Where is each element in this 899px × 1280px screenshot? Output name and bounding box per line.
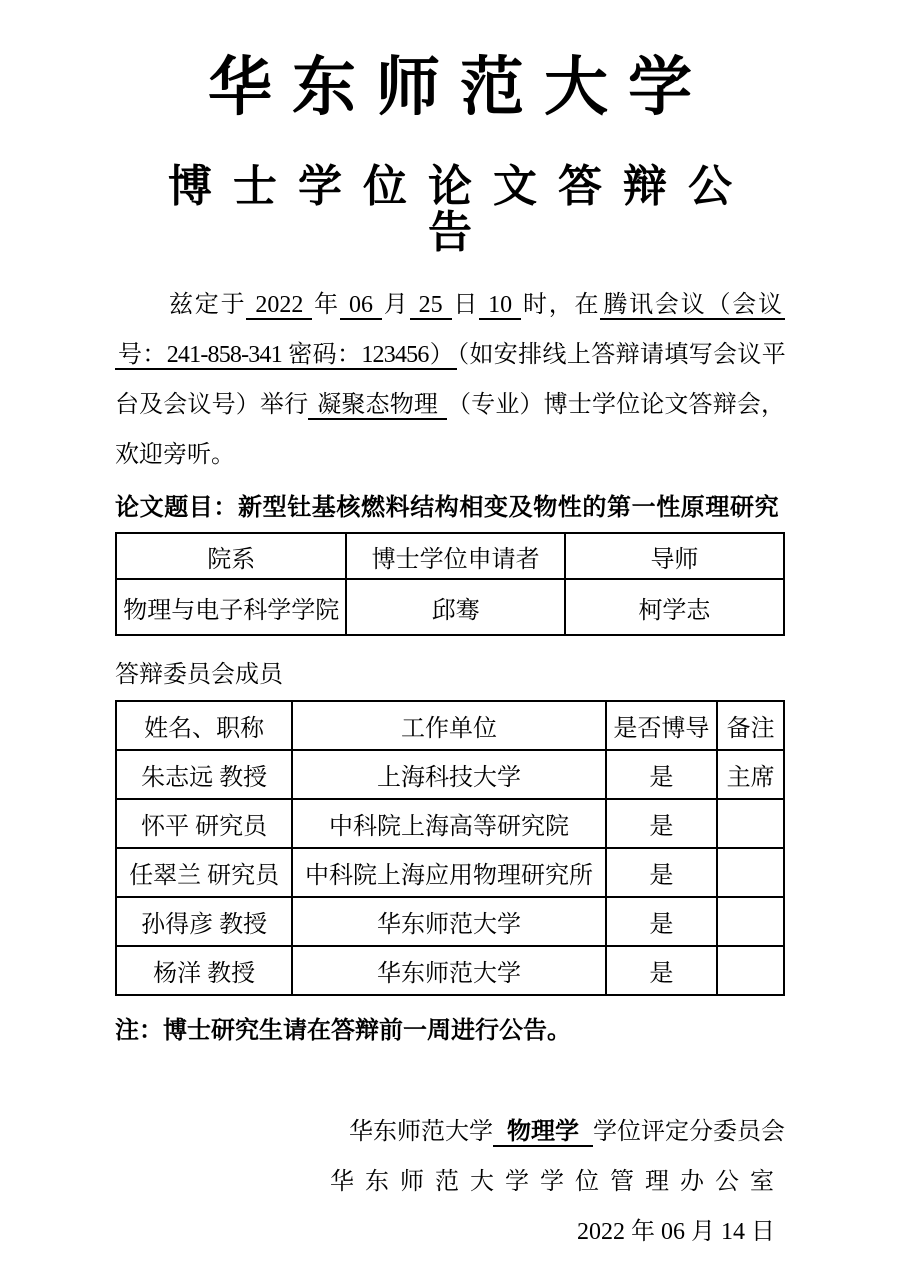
line2-rest-text: （如安排线上答辩请填写会议平	[457, 342, 785, 368]
month-field: 06	[340, 292, 382, 320]
month-label: 月	[382, 292, 410, 318]
member-remark-cell	[717, 848, 784, 897]
hour-field: 10	[479, 292, 521, 320]
member-workunit-cell: 中科院上海高等研究院	[292, 799, 605, 848]
committee-row: 朱志远 教授 上海科技大学 是 主席	[116, 750, 784, 799]
committee-table: 姓名、职称 工作单位 是否博导 备注 朱志远 教授 上海科技大学 是 主席 怀平…	[115, 700, 785, 996]
member-supervisor-cell: 是	[606, 897, 718, 946]
applicant-info-table: 院系 博士学位申请者 导师 物理与电子科学学院 邱骞 柯学志	[115, 532, 785, 636]
thesis-title-text: 新型钍基核燃料结构相变及物性的第一性原理研究	[238, 495, 779, 521]
member-remark-cell	[717, 946, 784, 995]
member-workunit-cell: 华东师范大学	[292, 897, 605, 946]
paragraph-line-3: 台及会议号）举行凝聚态物理（专业）博士学位论文答辩会，	[115, 380, 785, 430]
member-supervisor-cell: 是	[606, 946, 718, 995]
footer-university-text: 华东师范大学	[349, 1119, 493, 1145]
member-name-cell: 杨洋 教授	[116, 946, 292, 995]
committee-row: 孙得彦 教授 华东师范大学 是	[116, 897, 784, 946]
committee-header-workunit: 工作单位	[292, 701, 605, 750]
member-remark-cell	[717, 897, 784, 946]
line3-post-text: （专业）博士学位论文答辩会，	[447, 392, 785, 418]
member-workunit-cell: 华东师范大学	[292, 946, 605, 995]
member-supervisor-cell: 是	[606, 848, 718, 897]
footer-block: 华东师范大学物理学学位评定分委员会 华东师范大学学位管理办公室 2022 年 0…	[115, 1107, 785, 1257]
member-remark-cell	[717, 799, 784, 848]
day-label: 日	[452, 292, 480, 318]
degree-office-signature: 华东师范大学学位管理办公室	[115, 1157, 785, 1207]
paragraph-line-1: 兹定于2022年06月25日10时，在腾讯会议（会议	[115, 280, 785, 330]
advisor-cell: 柯学志	[565, 579, 784, 635]
note-text: 注：博士研究生请在答辩前一周进行公告。	[115, 1010, 785, 1045]
committee-row: 怀平 研究员 中科院上海高等研究院 是	[116, 799, 784, 848]
info-header-advisor: 导师	[565, 533, 784, 579]
line1-pre-text: 兹定于	[169, 292, 246, 318]
line3-pre-text: 台及会议号）举行	[115, 392, 308, 418]
committee-header-remark: 备注	[717, 701, 784, 750]
body-paragraph: 兹定于2022年06月25日10时，在腾讯会议（会议 号：241-858-341…	[115, 280, 785, 480]
thesis-title-label: 论文题目：	[115, 495, 238, 521]
member-workunit-cell: 上海科技大学	[292, 750, 605, 799]
member-name-cell: 朱志远 教授	[116, 750, 292, 799]
committee-header-row: 姓名、职称 工作单位 是否博导 备注	[116, 701, 784, 750]
department-cell: 物理与电子科学学院	[116, 579, 346, 635]
member-remark-cell: 主席	[717, 750, 784, 799]
footer-committee-text: 学位评定分委员会	[593, 1119, 785, 1145]
year-label: 年	[312, 292, 340, 318]
committee-row: 杨洋 教授 华东师范大学 是	[116, 946, 784, 995]
committee-row: 任翠兰 研究员 中科院上海应用物理研究所 是	[116, 848, 784, 897]
venue-field-end: 号：241-858-341 密码：123456）	[115, 342, 457, 370]
degree-committee-signature: 华东师范大学物理学学位评定分委员会	[115, 1107, 785, 1157]
university-title: 华东师范大学	[115, 52, 785, 124]
member-name-cell: 任翠兰 研究员	[116, 848, 292, 897]
member-name-cell: 孙得彦 教授	[116, 897, 292, 946]
year-field: 2022	[246, 292, 312, 320]
info-header-department: 院系	[116, 533, 346, 579]
info-header-applicant: 博士学位申请者	[346, 533, 564, 579]
member-workunit-cell: 中科院上海应用物理研究所	[292, 848, 605, 897]
paragraph-line-2: 号：241-858-341 密码：123456）（如安排线上答辩请填写会议平	[115, 330, 785, 380]
info-table-data-row: 物理与电子科学学院 邱骞 柯学志	[116, 579, 784, 635]
thesis-title-line: 论文题目：新型钍基核燃料结构相变及物性的第一性原理研究	[115, 492, 785, 524]
member-supervisor-cell: 是	[606, 799, 718, 848]
division-field: 物理学	[493, 1119, 593, 1147]
announcement-page: 华东师范大学 博士学位论文答辩公告 兹定于2022年06月25日10时，在腾讯会…	[0, 0, 899, 1280]
announcement-date: 2022 年 06 月 14 日	[115, 1207, 785, 1257]
committee-header-supervisor: 是否博导	[606, 701, 718, 750]
member-name-cell: 怀平 研究员	[116, 799, 292, 848]
info-table-header-row: 院系 博士学位申请者 导师	[116, 533, 784, 579]
applicant-cell: 邱骞	[346, 579, 564, 635]
venue-field-start: 腾讯会议（会议	[600, 292, 785, 320]
committee-section-label: 答辩委员会成员	[115, 654, 785, 689]
committee-header-name: 姓名、职称	[116, 701, 292, 750]
major-field: 凝聚态物理	[308, 392, 447, 420]
document-title: 博士学位论文答辩公告	[115, 164, 785, 256]
hour-label: 时，在	[521, 292, 600, 318]
member-supervisor-cell: 是	[606, 750, 718, 799]
day-field: 25	[410, 292, 452, 320]
paragraph-line-4: 欢迎旁听。	[115, 430, 785, 480]
